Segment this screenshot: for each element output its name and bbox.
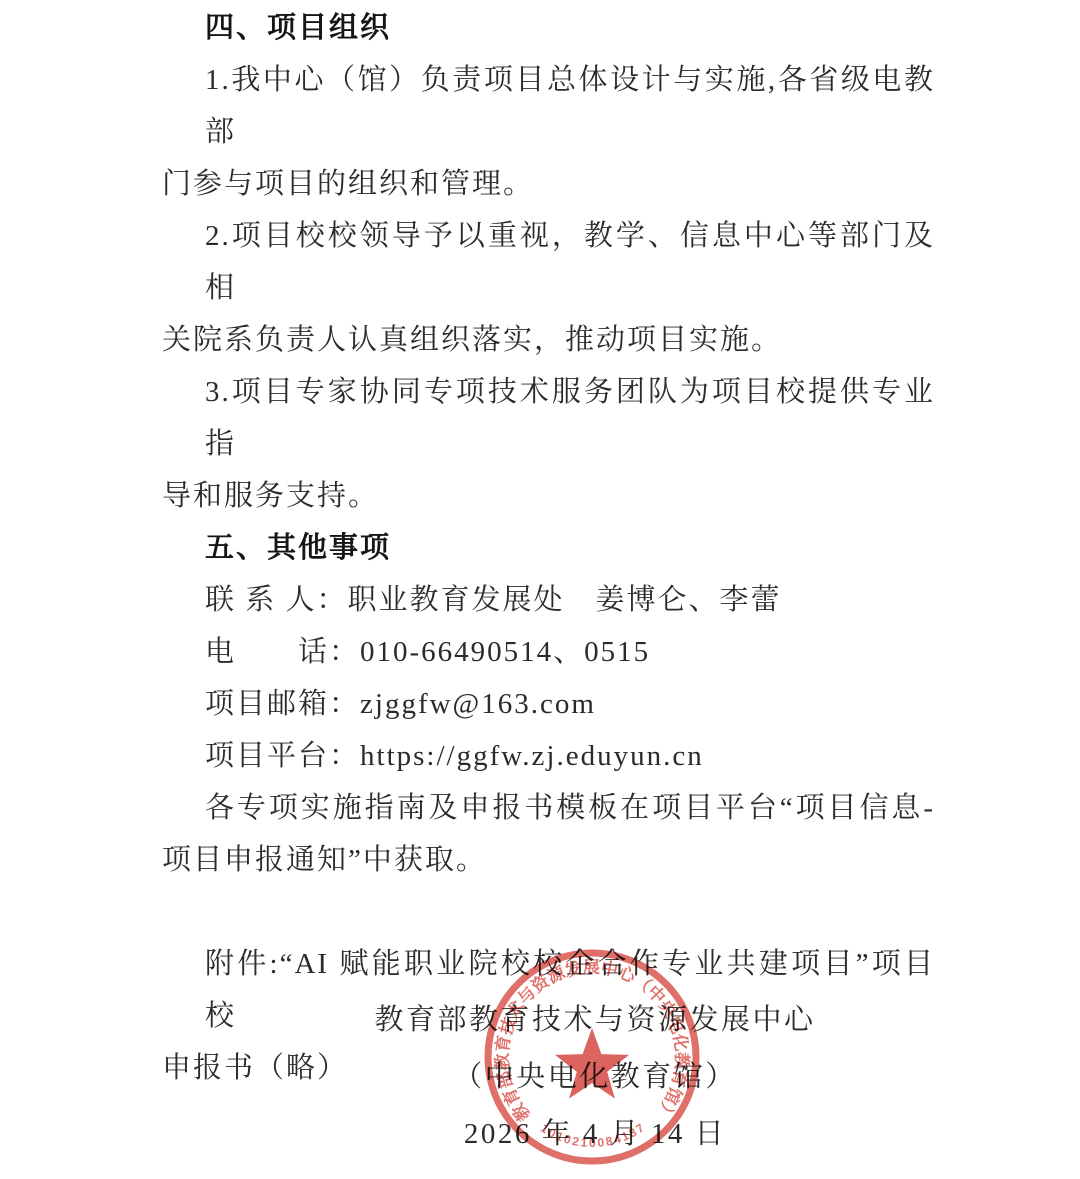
contact-value: 010-66490514、0515 xyxy=(360,636,650,668)
paragraph-line: 导和服务支持。 xyxy=(162,470,935,522)
contact-line: 联 系 人：职业教育发展处 姜博仑、李蕾 xyxy=(162,574,935,626)
document-page: 四、项目组织1.我中心（馆）负责项目总体设计与实施,各省级电教部门参与项目的组织… xyxy=(0,0,1080,1179)
paragraph-line: 2.项目校校领导予以重视，教学、信息中心等部门及相 xyxy=(162,210,935,314)
section-heading: 五、其他事项 xyxy=(162,522,935,574)
signature-org-paren: （中央电化教育馆） xyxy=(155,1049,1035,1106)
paragraph-line: 关院系负责人认真组织落实，推动项目实施。 xyxy=(162,314,935,366)
paragraph-line: 各专项实施指南及申报书模板在项目平台“项目信息- xyxy=(162,782,935,834)
contact-label: 项目邮箱： xyxy=(205,688,360,720)
contact-value: 职业教育发展处 姜博仑、李蕾 xyxy=(348,584,782,616)
paragraph-line: 项目申报通知”中获取。 xyxy=(162,834,935,886)
contact-value: https://ggfw.zj.eduyun.cn xyxy=(360,740,704,772)
blank-line xyxy=(162,886,935,938)
contact-label: 联 系 人： xyxy=(205,584,348,616)
signature-org: 教育部教育技术与资源发展中心 xyxy=(155,992,1035,1049)
contact-label: 项目平台： xyxy=(205,740,360,772)
paragraph-line: 门参与项目的组织和管理。 xyxy=(162,158,935,210)
signature-date: 2026 年 4 月 14 日 xyxy=(155,1106,1035,1163)
contact-line: 电 话：010-66490514、0515 xyxy=(162,626,935,678)
contact-line: 项目邮箱：zjggfw@163.com xyxy=(162,678,935,730)
paragraph-line: 3.项目专家协同专项技术服务团队为项目校提供专业指 xyxy=(162,366,935,470)
signature-block: 教育部教育技术与资源发展中心 （中央电化教育馆） 2026 年 4 月 14 日 xyxy=(155,992,1035,1163)
contact-label: 电 话： xyxy=(205,636,360,668)
paragraph-line: 1.我中心（馆）负责项目总体设计与实施,各省级电教部 xyxy=(162,54,935,158)
contact-value: zjggfw@163.com xyxy=(360,688,596,720)
contact-line: 项目平台：https://ggfw.zj.eduyun.cn xyxy=(162,730,935,782)
document-body: 四、项目组织1.我中心（馆）负责项目总体设计与实施,各省级电教部门参与项目的组织… xyxy=(0,2,1080,1094)
section-heading: 四、项目组织 xyxy=(162,2,935,54)
